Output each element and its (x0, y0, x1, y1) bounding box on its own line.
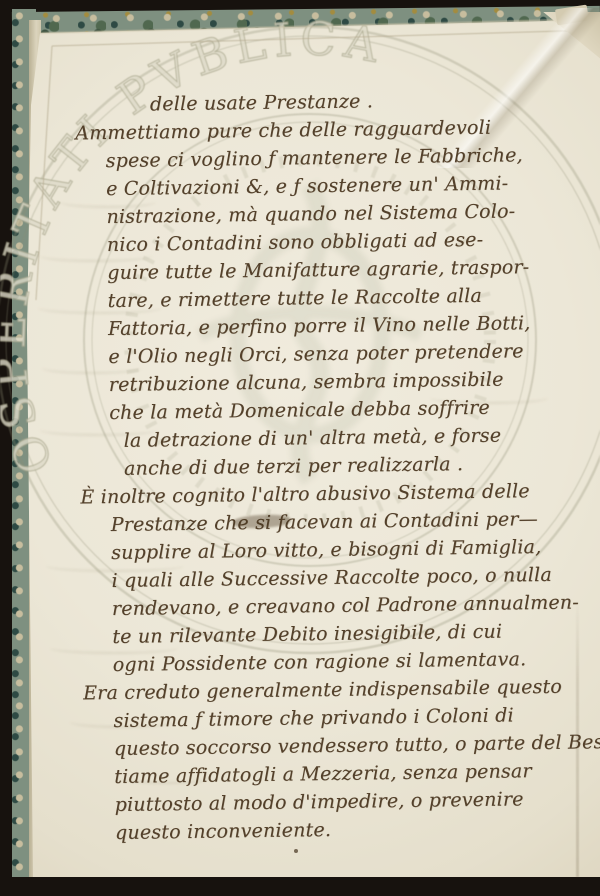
scanned-manuscript-page: OSPERITATI PVBLICA delle usate Prestanze… (0, 0, 600, 896)
manuscript-lines: delle usate Prestanze .Ammettiamo pure c… (55, 84, 600, 847)
ink-speck (294, 849, 298, 853)
manuscript-text-block: delle usate Prestanze .Ammettiamo pure c… (55, 84, 600, 847)
